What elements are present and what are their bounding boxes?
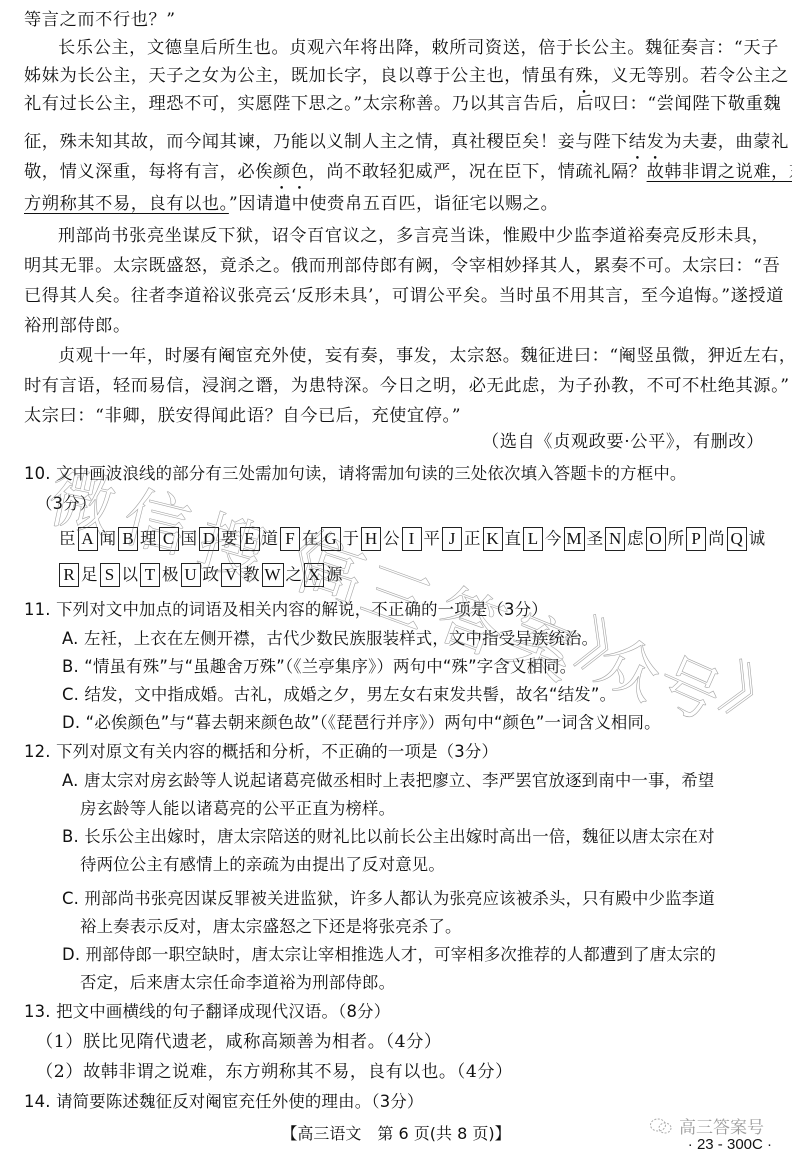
passage-line: 明其无罪。太宗既盛怒，竟杀之。俄而刑部侍郎有阙，令宰相妙择其人，累奏不可。太宗曰… [24, 254, 774, 278]
option-c: C. 结发，文中指成婚。古礼，成婚之夕，男左女右束发共髻，故名“结发”。 [62, 683, 792, 707]
passage-line: 贞观十一年，时屡有阉宦充外使，妄有奏，事发，太宗怒。魏征进曰：“阉竖虽微，狎近左… [58, 344, 792, 368]
char: 闻 [100, 527, 117, 551]
char: 理 [140, 527, 157, 551]
answer-box-w[interactable]: W [262, 563, 284, 587]
punctuation-box-row-1: 臣A 闻B 理C 国D 要E 道F 在G 于H 公I 平J 正K 直L 今M 圣… [58, 527, 766, 551]
option-c-cont: 裕上奏表示反对，唐太宗盛怒之下还是将张亮杀了。 [80, 915, 792, 939]
answer-box-t[interactable]: T [140, 563, 160, 587]
underlined-sentence: 方朔称其不易，良有以也。 [24, 194, 229, 214]
char: 诚 [749, 527, 766, 551]
question-14-stem: 14. 请简要陈述魏征反对阉宦充任外使的理由。（3分） [24, 1090, 774, 1114]
answer-box-l[interactable]: L [523, 527, 543, 551]
char: 源 [326, 563, 343, 587]
char: 要 [221, 527, 238, 551]
dotted-char: 颜 [273, 162, 291, 182]
answer-box-k[interactable]: K [483, 527, 503, 551]
source-citation: （选自《贞观政要·公平》，有删改） [482, 430, 764, 454]
answer-box-i[interactable]: I [402, 527, 422, 551]
brand-name: 高三答案号 [679, 1113, 764, 1138]
exam-code: · 23 - 300C · [688, 1136, 772, 1153]
dotted-char: 色 [291, 162, 309, 182]
option-c: C. 刑部尚书张亮因谋反罪被关进监狱，许多人都认为张亮应该被杀头，只有殿中少监李… [62, 887, 792, 911]
answer-box-h[interactable]: H [361, 527, 381, 551]
passage-line: 刑部尚书张亮坐谋反下狱，诏令百官议之，多言亮当诛，惟殿中少监李道裕奏亮反形未具， [58, 224, 792, 248]
option-b-cont: 待两位公主有感情上的亲疏为由提出了反对意见。 [80, 853, 792, 877]
char: 教 [243, 563, 260, 587]
char: 圣 [587, 527, 604, 551]
answer-box-f[interactable]: F [280, 527, 300, 551]
answer-box-c[interactable]: C [159, 527, 179, 551]
dotted-char: 殊 [575, 66, 593, 86]
char: 极 [162, 563, 179, 587]
answer-box-j[interactable]: J [442, 527, 462, 551]
char: 虑 [627, 527, 644, 551]
char: 政 [203, 563, 220, 587]
passage-line: 裕刑部侍郎。 [24, 314, 774, 338]
char: 以 [122, 563, 139, 587]
sentence-1: （1）朕比见隋代遗老，咸称高颎善为相者。（4分） [36, 1030, 786, 1054]
answer-box-v[interactable]: V [221, 563, 241, 587]
option-a-cont: 房玄龄等人能以诸葛亮的公平正直为榜样。 [80, 797, 792, 821]
answer-box-b[interactable]: B [118, 527, 138, 551]
question-10-stem: 10. 文中画波浪线的部分有三处需加句读，请将需加句读的三处依次填入答题卡的方框… [24, 462, 774, 486]
char: 足 [81, 563, 98, 587]
chat-bubble-icon [649, 1116, 673, 1136]
char: 之 [286, 563, 303, 587]
answer-box-e[interactable]: E [240, 527, 260, 551]
answer-box-u[interactable]: U [181, 563, 201, 587]
passage-line: 敬，情义深重，每将有言，必俟颜色，尚不敢轻犯威严，况在臣下，情疏礼隔？故韩非谓之… [24, 160, 774, 184]
passage-line: 太宗曰：“非卿，朕安得闻此语？自今已后，充使宜停。” [24, 404, 774, 428]
answer-box-o[interactable]: O [646, 527, 666, 551]
option-a: A. 左衽，上衣在左侧开襟，古代少数民族服装样式，文中指受异族统治。 [62, 627, 792, 651]
passage-line: 方朔称其不易，良有以也。”因请遣中使赍帛五百匹，诣征宅以赐之。 [24, 192, 774, 216]
passage-line: 时有言语，轻而易信，浸润之谮，为患特深。今日之明，必无此虑，为子孙教，不可不杜绝… [24, 374, 774, 398]
text: 敬，情义深重，每将有言，必俟 [24, 162, 273, 182]
question-13-stem: 13. 把文中画横线的句子翻译成现代汉语。（8分） [24, 1000, 774, 1024]
text: 征，殊未知其故，而今闻其谏，乃能以义制人主之情，真社稷臣矣！妾与陛下 [24, 132, 629, 152]
char: 尚 [708, 527, 725, 551]
passage-line: 征，殊未知其故，而今闻其谏，乃能以义制人主之情，真社稷臣矣！妾与陛下结发为夫妻，… [24, 130, 774, 154]
text: 姊妹为长公主，天子之女为公主，既加长字，良以尊于公主也，情虽有 [24, 66, 575, 86]
question-11-stem: 11. 下列对文中加点的词语及相关内容的解说，不正确的一项是（3分） [24, 598, 774, 622]
char: 所 [668, 527, 685, 551]
char: 在 [302, 527, 319, 551]
answer-box-d[interactable]: D [199, 527, 219, 551]
passage-line: 礼有过长公主，理恐不可，实愿陛下思之。”太宗称善。乃以其言告后，后叹曰：“尝闻陛… [24, 92, 774, 116]
answer-box-n[interactable]: N [605, 527, 625, 551]
answer-box-q[interactable]: Q [727, 527, 747, 551]
answer-box-x[interactable]: X [304, 563, 324, 587]
brand-watermark: 高三答案号 [649, 1113, 764, 1138]
dotted-char: 发 [647, 132, 665, 152]
text: ”因请遣中使赍帛五百匹，诣征宅以赐之。 [229, 194, 559, 214]
passage-line: 姊妹为长公主，天子之女为公主，既加长字，良以尊于公主也，情虽有殊，义无等别。若令… [24, 64, 774, 88]
option-d: D. 刑部侍郎一职空缺时，唐太宗让宰相推选人才，可宰相多次推荐的人都遭到了唐太宗… [62, 943, 792, 967]
char: 臣 [59, 527, 76, 551]
option-a: A. 唐太宗对房玄龄等人说起诸葛亮做丞相时上表把廖立、李严罢官放逐到南中一事，希… [62, 769, 792, 793]
answer-box-g[interactable]: G [321, 527, 341, 551]
exam-page: 等言之而不行也？” 长乐公主，文德皇后所生也。贞观六年将出降，敕所司资送，倍于长… [0, 0, 792, 1167]
punctuation-box-row-2: R 足S 以T 极U 政V 教W 之X 源 [58, 563, 344, 587]
answer-box-m[interactable]: M [564, 527, 585, 551]
answer-box-a[interactable]: A [78, 527, 98, 551]
option-b: B. 长乐公主出嫁时，唐太宗陪送的财礼比以前长公主出嫁时高出一倍，魏征以唐太宗在… [62, 825, 792, 849]
passage-line: 等言之而不行也？” [24, 8, 774, 32]
underlined-sentence: 故韩非谓之说难，东 [647, 162, 792, 182]
char: 今 [545, 527, 562, 551]
char: 公 [383, 527, 400, 551]
question-10-points: （3分） [36, 492, 786, 516]
question-12-stem: 12. 下列对原文有关内容的概括和分析，不正确的一项是（3分） [24, 740, 774, 764]
option-d: D. “必俟颜色”与“暮去朝来颜色故”（《琵琶行并序》）两句中“颜色”一词含义相… [62, 711, 792, 735]
answer-box-p[interactable]: P [686, 527, 706, 551]
passage-line: 已得其人矣。往者李道裕议张亮云‘反形未具’，可谓公平矣。当时虽不用其言，至今追悔… [24, 284, 774, 308]
answer-box-r[interactable]: R [59, 563, 79, 587]
char: 直 [505, 527, 522, 551]
char: 国 [181, 527, 198, 551]
char: 平 [424, 527, 441, 551]
passage-line: 长乐公主，文德皇后所生也。贞观六年将出降，敕所司资送，倍于长公主。魏征奏言：“天… [58, 36, 792, 60]
char: 道 [262, 527, 279, 551]
char: 于 [343, 527, 360, 551]
dotted-char: 结 [629, 132, 647, 152]
text: 为夫妻，曲蒙礼 [664, 132, 789, 152]
char: 正 [464, 527, 481, 551]
option-d-cont: 否定，后来唐太宗任命李道裕为刑部侍郎。 [80, 971, 792, 995]
answer-box-s[interactable]: S [100, 563, 120, 587]
text: ，尚不敢轻犯威严，况在臣下，情疏礼隔？ [309, 162, 647, 182]
text: ，义无等别。若令公主之 [593, 66, 789, 86]
option-b: B. “情虽有殊”与“虽趣舍万殊”（《兰亭集序》）两句中“殊”字含义相同。 [62, 655, 792, 679]
sentence-2: （2）故韩非谓之说难，东方朔称其不易，良有以也。（4分） [36, 1060, 786, 1084]
